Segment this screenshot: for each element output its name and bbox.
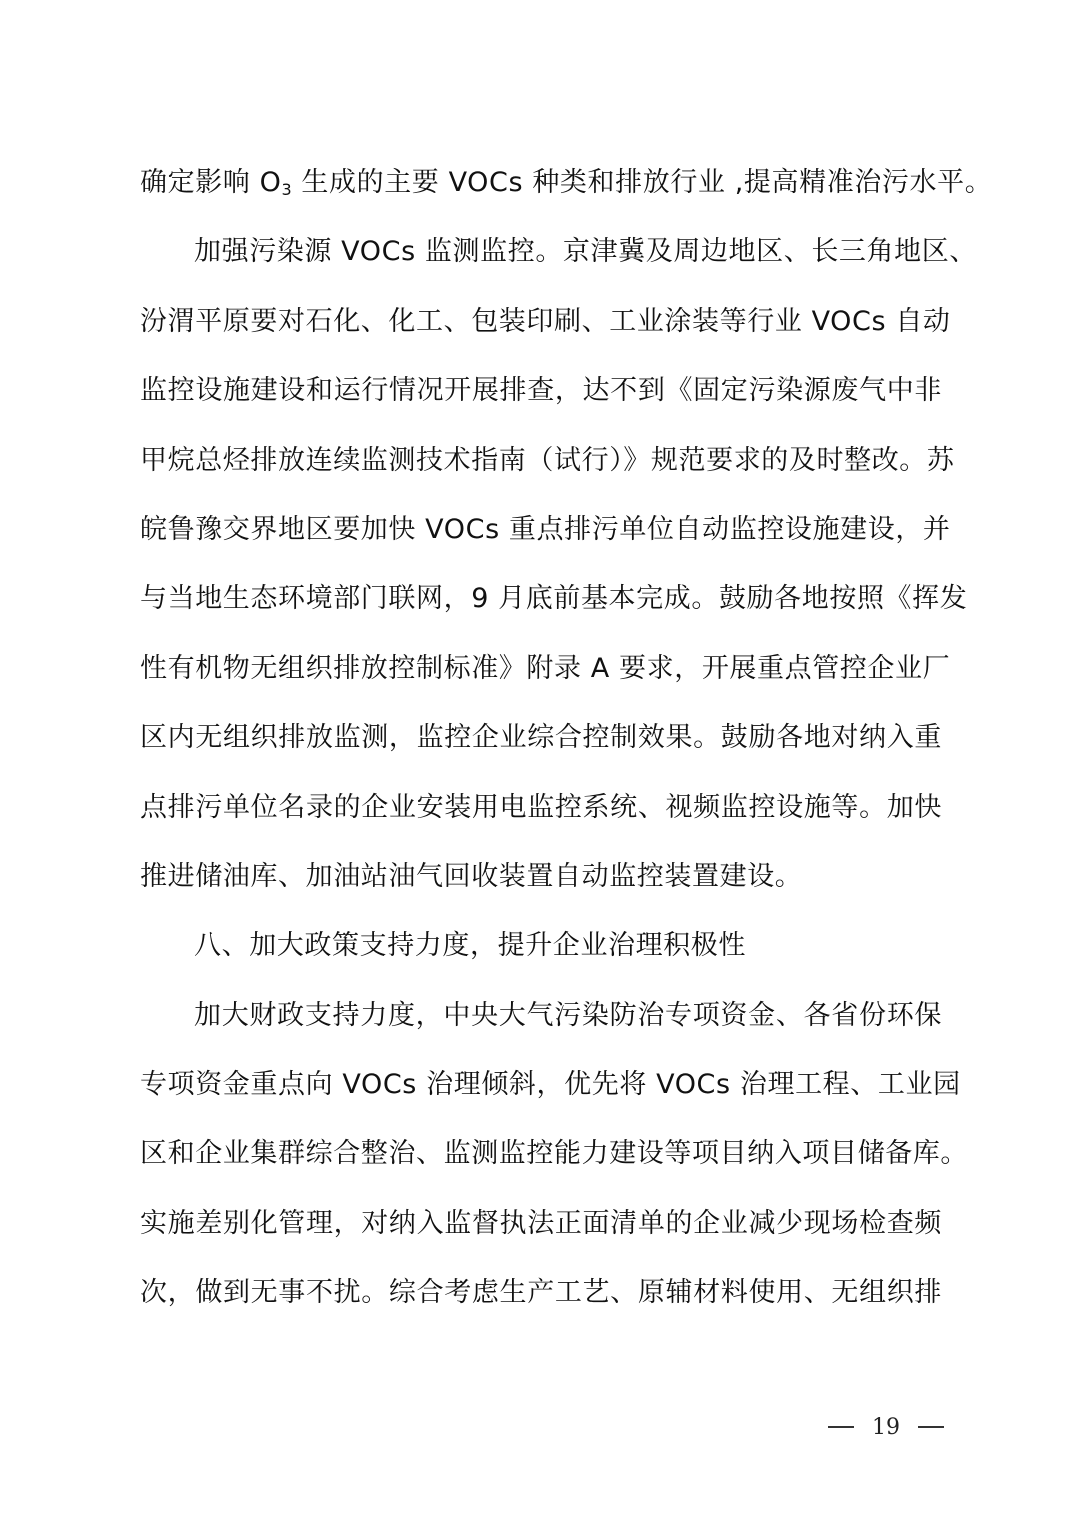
paragraph-line: 实施差别化管理，对纳入监督执法正面清单的企业减少现场检查频 [140, 1189, 942, 1258]
dash-right-icon [918, 1426, 944, 1428]
paragraph-line: 性有机物无组织排放控制标准》附录 A 要求，开展重点管控企业厂 [140, 634, 942, 703]
paragraph-funding-start: 加大财政支持力度，中央大气污染防治专项资金、各省份环保 [140, 981, 942, 1050]
paragraph-line: 区和企业集群综合整治、监测监控能力建设等项目纳入项目储备库。 [140, 1119, 942, 1188]
paragraph-line: 甲烷总烃排放连续监测技术指南（试行）》规范要求的及时整改。苏 [140, 426, 942, 495]
text-run: 确定影响 O [140, 167, 281, 198]
section-heading-8: 八、加大政策支持力度，提升企业治理积极性 [140, 911, 942, 980]
paragraph-line: 次，做到无事不扰。综合考虑生产工艺、原辅材料使用、无组织排 [140, 1258, 942, 1327]
paragraph-line: 点排污单位名录的企业安装用电监控系统、视频监控设施等。加快 [140, 773, 942, 842]
paragraph-voc-monitoring-start: 加强污染源 VOCs 监测监控。京津冀及周边地区、长三角地区、 [140, 217, 942, 286]
document-page: 确定影响 O3 生成的主要 VOCs 种类和排放行业 ,提高精准治污水平。 加强… [0, 0, 1080, 1527]
page-number: 19 [872, 1415, 900, 1440]
page-number-footer: 19 [828, 1410, 944, 1444]
paragraph-line-end: 推进储油库、加油站油气回收装置自动监控装置建设。 [140, 842, 942, 911]
paragraph-line: 与当地生态环境部门联网，9 月底前基本完成。鼓励各地按照《挥发 [140, 564, 942, 633]
paragraph-line: 专项资金重点向 VOCs 治理倾斜，优先将 VOCs 治理工程、工业园 [140, 1050, 942, 1119]
paragraph-line: 区内无组织排放监测，监控企业综合控制效果。鼓励各地对纳入重 [140, 703, 942, 772]
dash-left-icon [828, 1426, 854, 1428]
paragraph-line: 汾渭平原要对石化、化工、包装印刷、工业涂装等行业 VOCs 自动 [140, 287, 942, 356]
paragraph-line: 监控设施建设和运行情况开展排查，达不到《固定污染源废气中非 [140, 356, 942, 425]
document-body: 确定影响 O3 生成的主要 VOCs 种类和排放行业 ,提高精准治污水平。 加强… [140, 148, 942, 1328]
paragraph-line-continuation: 确定影响 O3 生成的主要 VOCs 种类和排放行业 ,提高精准治污水平。 [140, 148, 942, 217]
paragraph-line: 皖鲁豫交界地区要加快 VOCs 重点排污单位自动监控设施建设，并 [140, 495, 942, 564]
subscript-3: 3 [281, 180, 292, 199]
text-run: 生成的主要 VOCs 种类和排放行业 ,提高精准治污水平。 [292, 167, 992, 198]
